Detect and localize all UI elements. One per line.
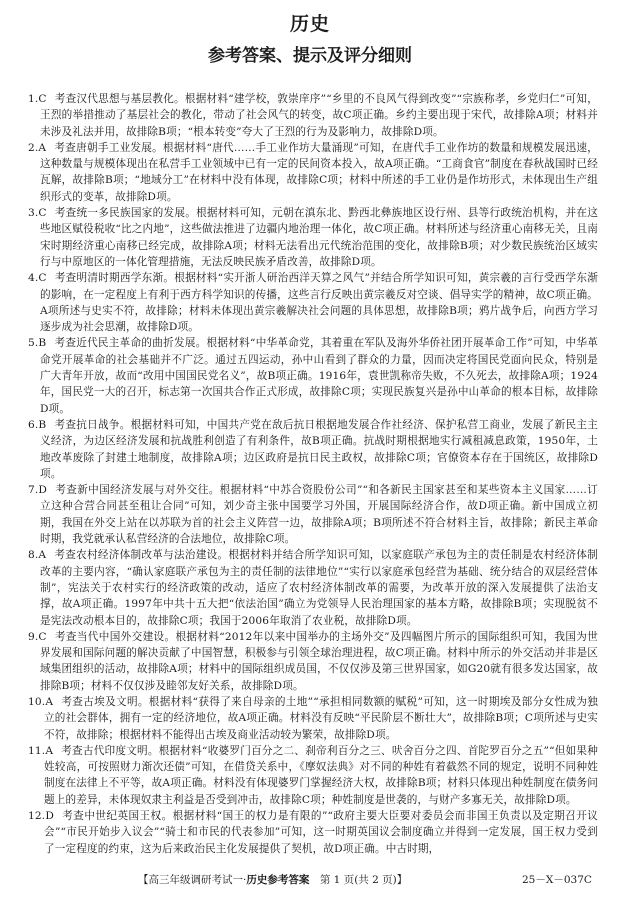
answer-item-8: 8.A考查农村经济体制改革与法治建设。根据材料并结合所学知识可知，以家庭联产承包…	[28, 547, 598, 628]
answer-choice: C	[38, 93, 46, 105]
answer-choice: A	[45, 745, 53, 757]
answer-item-10: 10.A考查古埃及文明。根据材料“获得了来自母亲的土地”“承担相同数额的赋税”可…	[28, 694, 598, 743]
answer-choice: C	[38, 631, 46, 643]
answer-choice: A	[38, 549, 46, 561]
document-subtitle: 参考答案、提示及评分细则	[0, 41, 620, 66]
answer-explanation: 考查农村经济体制改革与法治建设。根据材料并结合所学知识可知，以家庭联产承包为主的…	[40, 549, 598, 626]
answer-item-9: 9.C考查当代中国外交建设。根据材料“2012年以来中国举办的主场外交”及四幅图…	[28, 629, 598, 694]
footer-doc-code: 25－X－037C	[522, 872, 592, 887]
answer-explanation: 考查汉代思想与基层教化。根据材料“建学校，敦崇庠序”“乡里的不良风气得到改变”“…	[40, 93, 598, 138]
answer-choice: D	[45, 810, 54, 822]
answer-choice: D	[38, 484, 47, 496]
answer-item-12: 12.D考查中世纪英国王权。根据材料“国王的权力是有限的”“政府主要大臣要对委员…	[28, 808, 598, 857]
answer-item-11: 11.A考查古代印度文明。根据材料“收婆罗门百分之二、刹帝利百分之三、吠舍百分之…	[28, 743, 598, 808]
answer-choice: C	[38, 207, 46, 219]
answer-choice: A	[38, 142, 46, 154]
answer-explanation: 考查唐朝手工业发展。根据材料“唐代……手工业作坊大量涌现”可知，在唐代手工业作坊…	[40, 142, 598, 203]
answer-item-2: 2.A考查唐朝手工业发展。根据材料“唐代……手工业作坊大量涌现”可知，在唐代手工…	[28, 140, 598, 205]
answer-explanation: 考查古代印度文明。根据材料“收婆罗门百分之二、刹帝利百分之三、吠舍百分之四、首陀…	[44, 745, 598, 806]
answer-choice: A	[45, 696, 53, 708]
document-title: 历史	[0, 9, 620, 36]
answer-item-5: 5.B考查近代民主革命的曲折发展。根据材料“中华革命党，其着重在军队及海外华侨社…	[28, 335, 598, 416]
answer-explanation: 考查中世纪英国王权。根据材料“国王的权力是有限的”“政府主要大臣要对委员会而非国…	[44, 810, 598, 855]
footer-subject: 历史参考答案	[246, 874, 309, 886]
answer-choice: B	[38, 419, 46, 431]
answer-explanation: 考查近代民主革命的曲折发展。根据材料“中华革命党，其着重在军队及海外华侨社团开展…	[40, 337, 598, 414]
answer-item-1: 1.C考查汉代思想与基层教化。根据材料“建学校，敦崇庠序”“乡里的不良风气得到改…	[28, 91, 598, 140]
footer-page-info: 【高三年级调研考试一·历史参考答案 第 1 页(共 2 页)】	[138, 872, 407, 887]
answer-item-7: 7.D考查新中国经济发展与对外交往。根据材料“中苏合资股份公司”“和各新民主国家…	[28, 482, 598, 547]
answer-explanation: 考查明清时期西学东渐。根据材料“实开浙人研治西洋天算之风气”并结合所学知识可知，…	[40, 272, 598, 333]
answer-item-4: 4.C考查明清时期西学东渐。根据材料“实开浙人研治西洋天算之风气”并结合所学知识…	[28, 270, 598, 335]
answer-choice: B	[38, 337, 46, 349]
answer-item-3: 3.C考查统一多民族国家的发展。根据材料可知，元朝在滇东北、黔西北彝族地区设行州…	[28, 205, 598, 270]
answer-explanation: 考查古埃及文明。根据材料“获得了来自母亲的土地”“承担相同数额的赋税”可知，这一…	[44, 696, 598, 741]
answer-item-6: 6.B考查抗日战争。根据材料可知，中国共产党在敌后抗日根据地发展合作社经济、保护…	[28, 417, 598, 482]
answer-choice: C	[38, 272, 46, 284]
answer-explanation: 考查当代中国外交建设。根据材料“2012年以来中国举办的主场外交”及四幅图片所示…	[40, 631, 598, 692]
answer-list: 1.C考查汉代思想与基层教化。根据材料“建学校，敦崇庠序”“乡里的不良风气得到改…	[28, 91, 598, 857]
answer-explanation: 考查抗日战争。根据材料可知，中国共产党在敌后抗日根据地发展合作社经济、保护私营工…	[40, 419, 598, 480]
answer-explanation: 考查新中国经济发展与对外交往。根据材料“中苏合资股份公司”“和各新民主国家甚至和…	[40, 484, 598, 545]
answer-explanation: 考查统一多民族国家的发展。根据材料可知，元朝在滇东北、黔西北彝族地区设行州、县等…	[40, 207, 598, 268]
